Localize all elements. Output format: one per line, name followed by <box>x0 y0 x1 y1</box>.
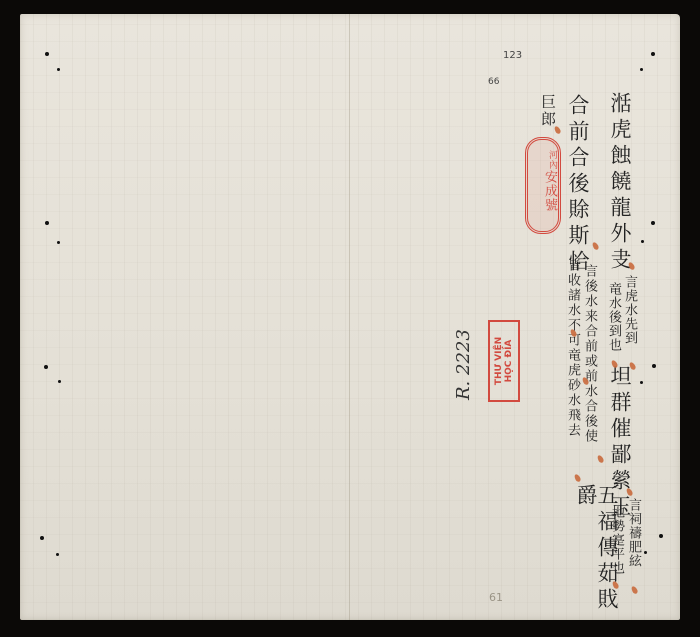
binding-hole <box>652 364 656 368</box>
binding-hole <box>44 365 48 369</box>
seal-side-text: 河內 <box>530 150 556 170</box>
annotation-3b: 皆收諸水不可竜虎砂水飛去 <box>566 258 579 438</box>
seal-main-text: 安成號 <box>530 170 556 212</box>
annotation-2a: 言祠禱肥絃 <box>627 498 640 568</box>
annotation-1b: 竜水後到也 <box>607 282 620 352</box>
call-number: R. 2223 <box>453 329 474 400</box>
binding-hole <box>641 240 644 243</box>
binding-hole <box>45 52 49 56</box>
binding-hole <box>57 68 60 71</box>
binding-hole <box>659 534 663 538</box>
binding-hole <box>640 68 643 71</box>
page-sub-mark: 66 <box>488 77 499 87</box>
binding-hole <box>640 381 643 384</box>
page-number: 123 <box>503 50 522 61</box>
binding-hole <box>651 52 655 56</box>
binding-hole <box>58 380 61 383</box>
binding-hole <box>57 241 60 244</box>
binding-hole <box>56 553 59 556</box>
text-column-3-signature: 巨郎 <box>540 94 555 128</box>
text-column-1: 湉虎蝕饒龍外叏 <box>609 92 630 274</box>
red-seal-stamp: 河內 安成號 <box>525 137 561 234</box>
library-stamp-line-2: HỌC ĐÌA <box>504 337 514 385</box>
center-fold-line <box>349 14 350 620</box>
library-stamp: THƯ VIỆN HỌC ĐÌA <box>488 320 520 402</box>
text-column-2: 合前合後賖斯恰 <box>567 94 588 276</box>
text-column-2-continued: 五福傳茹戝爵 <box>575 484 617 637</box>
binding-hole <box>644 551 647 554</box>
footer-mark: 61 <box>489 591 503 604</box>
binding-hole <box>40 536 44 540</box>
library-stamp-line-1: THƯ VIỆN <box>494 337 504 385</box>
annotation-1a: 言虎水先到 <box>623 275 636 345</box>
annotation-3a: 言後水来合前或前水合後使 <box>583 264 596 444</box>
binding-hole <box>651 221 655 225</box>
binding-hole <box>45 221 49 225</box>
